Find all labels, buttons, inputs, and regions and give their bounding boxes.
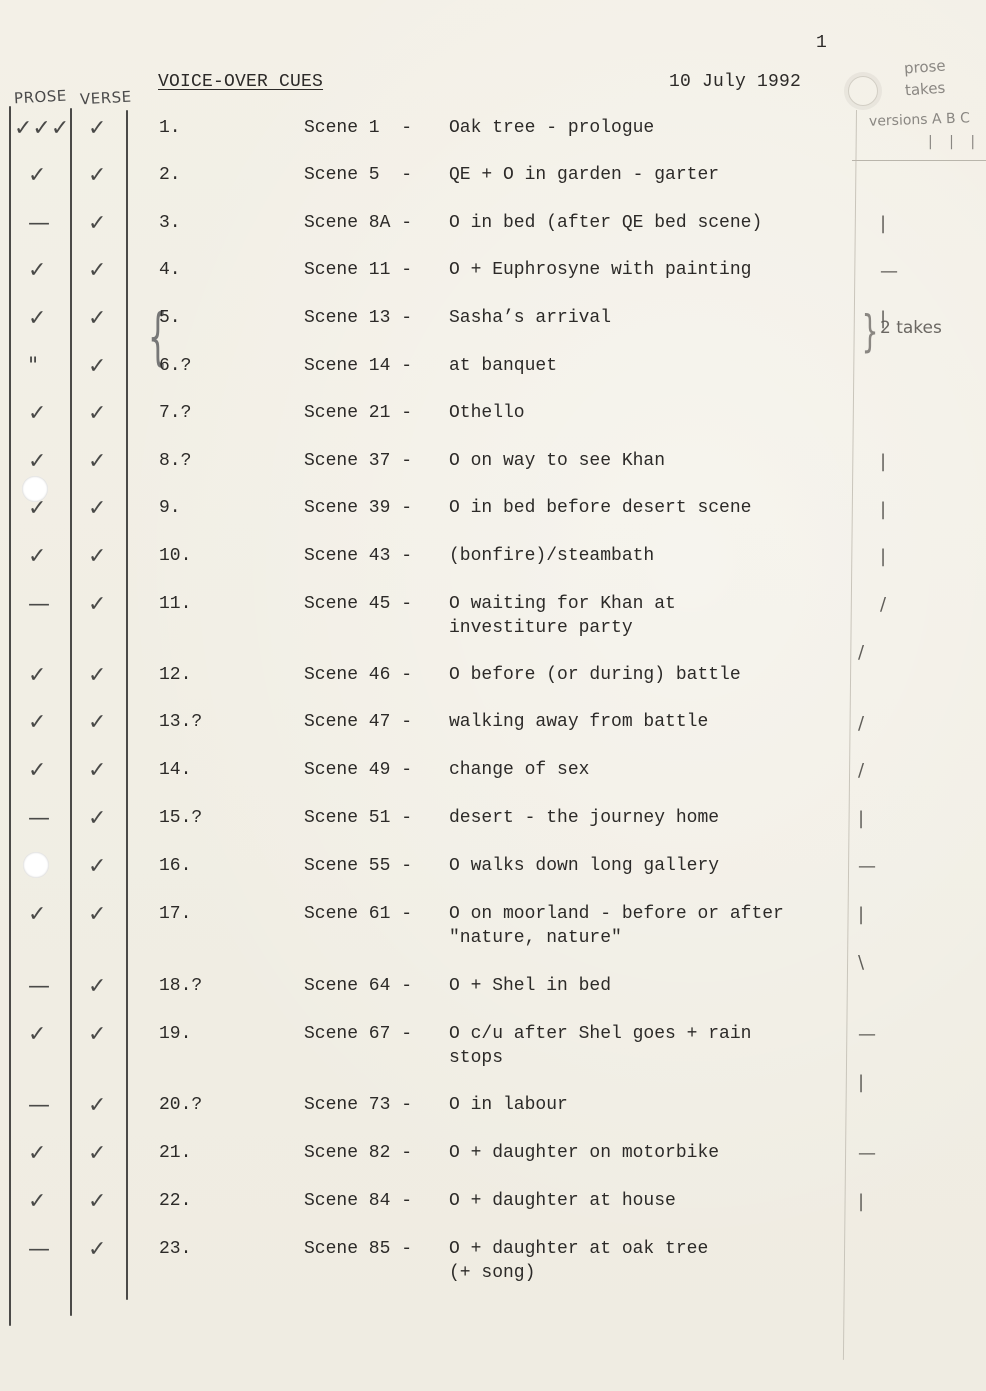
take-tally-mark: — [858, 1143, 876, 1164]
take-tally-mark: | [858, 1072, 864, 1093]
cue-number: 12. [159, 665, 191, 685]
verse-check-mark: ✓ [88, 808, 106, 830]
prose-check-mark: ✓ [28, 546, 46, 568]
verse-check-mark: ✓ [88, 712, 106, 734]
cue-description: O in bed before desert scene [449, 496, 751, 520]
cue-number: 20.? [159, 1095, 202, 1115]
cue-description: change of sex [449, 758, 589, 782]
pencil-circle-mark [848, 76, 878, 106]
cue-description: QE + O in garden - garter [449, 163, 719, 187]
cue-number: 13.? [159, 712, 202, 732]
verse-check-mark: ✓ [88, 1143, 106, 1165]
verse-check-mark: ✓ [88, 1095, 106, 1117]
punch-hole [23, 852, 49, 878]
verse-check-mark: ✓ [88, 308, 106, 330]
document-date: 10 July 1992 [669, 72, 801, 92]
prose-check-mark: ✓ [28, 1191, 46, 1213]
take-tally-mark: / [880, 594, 886, 615]
cue-scene: Scene 84 - [304, 1191, 412, 1211]
verse-check-mark: ✓ [88, 498, 106, 520]
prose-check-mark: ✓ [28, 308, 46, 330]
cue-number: 19. [159, 1024, 191, 1044]
cue-scene: Scene 43 - [304, 546, 412, 566]
verse-check-mark: ✓ [88, 976, 106, 998]
prose-check-mark: — [28, 808, 50, 830]
page-number: 1 [816, 33, 827, 53]
cue-description: O + Shel in bed [449, 974, 611, 998]
cue-scene: Scene 1 - [304, 118, 412, 138]
verse-check-mark: ✓ [88, 356, 106, 378]
take-tally-mark: | [880, 213, 886, 234]
cue-number: 14. [159, 760, 191, 780]
verse-check-mark: ✓ [88, 213, 106, 235]
cue-number: 15.? [159, 808, 202, 828]
cue-description: O walks down long gallery [449, 854, 719, 878]
prose-check-mark: ✓✓✓ [14, 118, 69, 140]
prose-check-mark: — [28, 213, 50, 235]
take-tally-mark: | [880, 499, 886, 520]
cue-description: O on moorland - before or after "nature,… [449, 902, 784, 950]
verse-check-mark: ✓ [88, 594, 106, 616]
cue-number: 8.? [159, 451, 191, 471]
margin-rule [852, 160, 986, 161]
cue-description: Othello [449, 401, 525, 425]
verse-check-mark: ✓ [88, 260, 106, 282]
two-takes-note: 2 takes [880, 318, 942, 338]
prose-check-mark: — [28, 976, 50, 998]
cue-scene: Scene 46 - [304, 665, 412, 685]
cue-description: O waiting for Khan at investiture party [449, 592, 676, 640]
verse-check-mark: ✓ [88, 165, 106, 187]
cue-scene: Scene 14 - [304, 356, 412, 376]
cue-scene: Scene 61 - [304, 904, 412, 924]
cue-number: 11. [159, 594, 191, 614]
cue-number: 17. [159, 904, 191, 924]
cue-number: 22. [159, 1191, 191, 1211]
cue-scene: Scene 51 - [304, 808, 412, 828]
take-tally-mark: / [858, 760, 864, 781]
cue-scene: Scene 47 - [304, 712, 412, 732]
cue-scene: Scene 45 - [304, 594, 412, 614]
prose-takes-note: takes [904, 79, 945, 100]
cue-scene: Scene 39 - [304, 498, 412, 518]
take-tally-mark: — [858, 856, 876, 877]
cue-number: 23. [159, 1239, 191, 1259]
take-tally-mark: | [858, 904, 864, 925]
versions-ticks: | | | [928, 134, 981, 150]
cue-scene: Scene 37 - [304, 451, 412, 471]
take-tally-mark: | [880, 308, 886, 329]
verse-check-mark: ✓ [88, 904, 106, 926]
cue-scene: Scene 49 - [304, 760, 412, 780]
cue-number: 2. [159, 165, 181, 185]
cue-scene: Scene 21 - [304, 403, 412, 423]
prose-check-mark: ✓ [28, 760, 46, 782]
verse-check-mark: ✓ [88, 760, 106, 782]
cue-description: O + daughter on motorbike [449, 1141, 719, 1165]
prose-check-mark: ✓ [28, 1024, 46, 1046]
cue-scene: Scene 67 - [304, 1024, 412, 1044]
cue-scene: Scene 5 - [304, 165, 412, 185]
cue-scene: Scene 64 - [304, 976, 412, 996]
prose-check-mark: ✓ [28, 498, 46, 520]
cue-number: 21. [159, 1143, 191, 1163]
prose-check-mark: — [28, 1239, 50, 1261]
paper-page [0, 0, 986, 1391]
take-tally-mark: \ [858, 952, 864, 973]
prose-check-mark: ✓ [28, 1143, 46, 1165]
cue-scene: Scene 55 - [304, 856, 412, 876]
prose-check-mark: ✓ [28, 403, 46, 425]
verse-check-mark: ✓ [88, 546, 106, 568]
prose-check-mark: " [28, 356, 38, 378]
cue-description: O + daughter at house [449, 1189, 676, 1213]
cue-description: O + daughter at oak tree (+ song) [449, 1237, 708, 1285]
cue-description: at banquet [449, 354, 557, 378]
column-rule [9, 106, 11, 1326]
prose-check-mark: ✓ [28, 665, 46, 687]
cue-description: walking away from battle [449, 710, 708, 734]
verse-check-mark: ✓ [88, 1239, 106, 1261]
cue-description: Oak tree - prologue [449, 116, 654, 140]
cue-description: O on way to see Khan [449, 449, 665, 473]
cue-description: O before (or during) battle [449, 663, 741, 687]
prose-takes-note: prose [903, 57, 946, 78]
cue-number: 7.? [159, 403, 191, 423]
cue-description: (bonfire)/steambath [449, 544, 654, 568]
column-rule [126, 110, 128, 1300]
prose-check-mark: ✓ [28, 904, 46, 926]
verse-check-mark: ✓ [88, 856, 106, 878]
verse-check-mark: ✓ [88, 118, 106, 140]
verse-check-mark: ✓ [88, 1191, 106, 1213]
cue-scene: Scene 8A - [304, 213, 412, 233]
take-tally-mark: | [880, 546, 886, 567]
take-tally-mark: | [880, 451, 886, 472]
cue-scene: Scene 82 - [304, 1143, 412, 1163]
cue-number: 9. [159, 498, 181, 518]
cue-description: O c/u after Shel goes + rain stops [449, 1022, 751, 1070]
take-tally-mark: — [880, 261, 898, 282]
cue-scene: Scene 11 - [304, 260, 412, 280]
cue-number: 3. [159, 213, 181, 233]
cue-number: 5. [159, 308, 181, 328]
cue-number: 18.? [159, 976, 202, 996]
document-title: VOICE-OVER CUES [158, 72, 323, 92]
cue-scene: Scene 73 - [304, 1095, 412, 1115]
cue-scene: Scene 13 - [304, 308, 412, 328]
cue-description: O in bed (after QE bed scene) [449, 211, 762, 235]
bracket-mark: } [862, 306, 879, 357]
verse-check-mark: ✓ [88, 665, 106, 687]
take-tally-mark: | [858, 808, 864, 829]
verse-check-mark: ✓ [88, 451, 106, 473]
prose-check-mark: ✓ [28, 712, 46, 734]
prose-check-mark: — [28, 1095, 50, 1117]
cue-number: 16. [159, 856, 191, 876]
take-tally-mark: / [858, 713, 864, 734]
cue-description: Sasha’s arrival [449, 306, 611, 330]
prose-check-mark: ✓ [28, 451, 46, 473]
cue-description: O in labour [449, 1093, 568, 1117]
cue-description: O + Euphrosyne with painting [449, 258, 751, 282]
cue-number: 4. [159, 260, 181, 280]
prose-column-label: PROSE [14, 87, 68, 108]
take-tally-mark: — [858, 1024, 876, 1045]
verse-check-mark: ✓ [88, 403, 106, 425]
prose-check-mark: — [28, 594, 50, 616]
column-rule [70, 108, 72, 1316]
take-tally-mark: / [858, 642, 864, 663]
cue-number: 10. [159, 546, 191, 566]
prose-check-mark: ✓ [28, 260, 46, 282]
cue-number: 1. [159, 118, 181, 138]
prose-check-mark: ✓ [28, 165, 46, 187]
verse-check-mark: ✓ [88, 1024, 106, 1046]
cue-number: 6.? [159, 356, 191, 376]
verse-column-label: VERSE [80, 88, 133, 109]
take-tally-mark: | [858, 1191, 864, 1212]
cue-description: desert - the journey home [449, 806, 719, 830]
cue-scene: Scene 85 - [304, 1239, 412, 1259]
